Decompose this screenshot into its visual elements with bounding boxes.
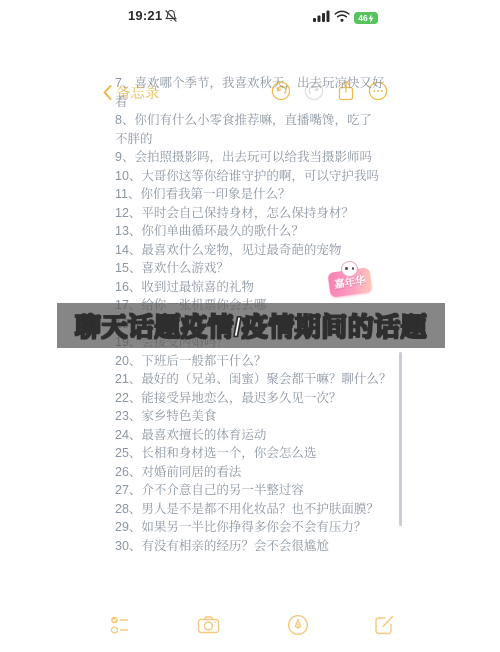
note-line: 11、你们看我第一印象是什么？: [115, 185, 400, 204]
camera-icon: [197, 614, 220, 636]
note-line: 26、对婚前同居的看法: [115, 463, 400, 482]
note-line: 7、喜欢哪个季节，我喜欢秋天，出去玩凉快又好: [115, 74, 400, 93]
compose-button[interactable]: [373, 614, 397, 638]
bell-slash-icon: [164, 9, 178, 23]
note-line: 30、有没有相亲的经历？会不会很尴尬: [115, 537, 400, 556]
battery-percent: 46: [358, 13, 367, 23]
checklist-icon: [110, 614, 132, 636]
note-line: 20、下班后一般都干什么？: [115, 352, 400, 371]
status-time: 19:21: [128, 8, 162, 23]
markup-icon: [287, 614, 309, 636]
note-line: 23、家乡特色美食: [115, 407, 400, 426]
wifi-icon: [334, 9, 350, 27]
overlay-banner: 聊天话题疫情/疫情期间的话题: [57, 303, 445, 348]
note-line: 28、男人是不是都不用化妆品？也不护肤面膜？: [115, 500, 400, 519]
battery-icon: 46: [354, 12, 378, 24]
note-line: 不胖的: [115, 130, 400, 149]
note-line: 看: [115, 93, 400, 112]
overlay-banner-text: 聊天话题疫情/疫情期间的话题: [75, 307, 427, 344]
chevron-left-icon: [103, 85, 112, 100]
note-line: 27、介不介意自己的另一半整过容: [115, 481, 400, 500]
checklist-button[interactable]: [110, 614, 134, 638]
note-line: 9、会拍照摄影吗，出去玩可以给我当摄影师吗: [115, 148, 400, 167]
note-line: 13、你们单曲循环最久的歌什么？: [115, 222, 400, 241]
note-line: 29、如果另一半比你挣得多你会不会有压力？: [115, 518, 400, 537]
note-line: 25、长相和身材选一个，你会怎么选: [115, 444, 400, 463]
status-bar: 19:21 46: [0, 0, 500, 30]
charging-bolt-icon: [368, 14, 374, 23]
bottom-toolbar: [0, 608, 500, 644]
note-line: 24、最喜欢擅长的体育运动: [115, 426, 400, 445]
markup-button[interactable]: [287, 614, 311, 638]
nav-bar: 备忘录: [0, 38, 500, 68]
note-line: 8、你们有什么小零食推荐嘛，直播嘴馋，吃了: [115, 111, 400, 130]
note-line: 10、大哥你这等你给谁守护的啊，可以守护我吗: [115, 167, 400, 186]
sticker-face-icon: [341, 261, 358, 277]
status-right-cluster: 46: [313, 9, 378, 27]
camera-button[interactable]: [197, 614, 221, 638]
note-line: 12、平时会自己保持身材，怎么保持身材？: [115, 204, 400, 223]
note-line: 22、能接受异地恋么，最迟多久见一次？: [115, 389, 400, 408]
scrollbar-thumb[interactable]: [399, 352, 402, 526]
carnival-sticker: 嘉年华: [327, 261, 375, 303]
note-line: 21、最好的（兄弟、闺蜜）聚会都干嘛？聊什么？: [115, 370, 400, 389]
cellular-signal-icon: [313, 9, 330, 27]
compose-icon: [373, 614, 395, 636]
note-line: 14、最喜欢什么宠物，见过最奇葩的宠物: [115, 241, 400, 260]
